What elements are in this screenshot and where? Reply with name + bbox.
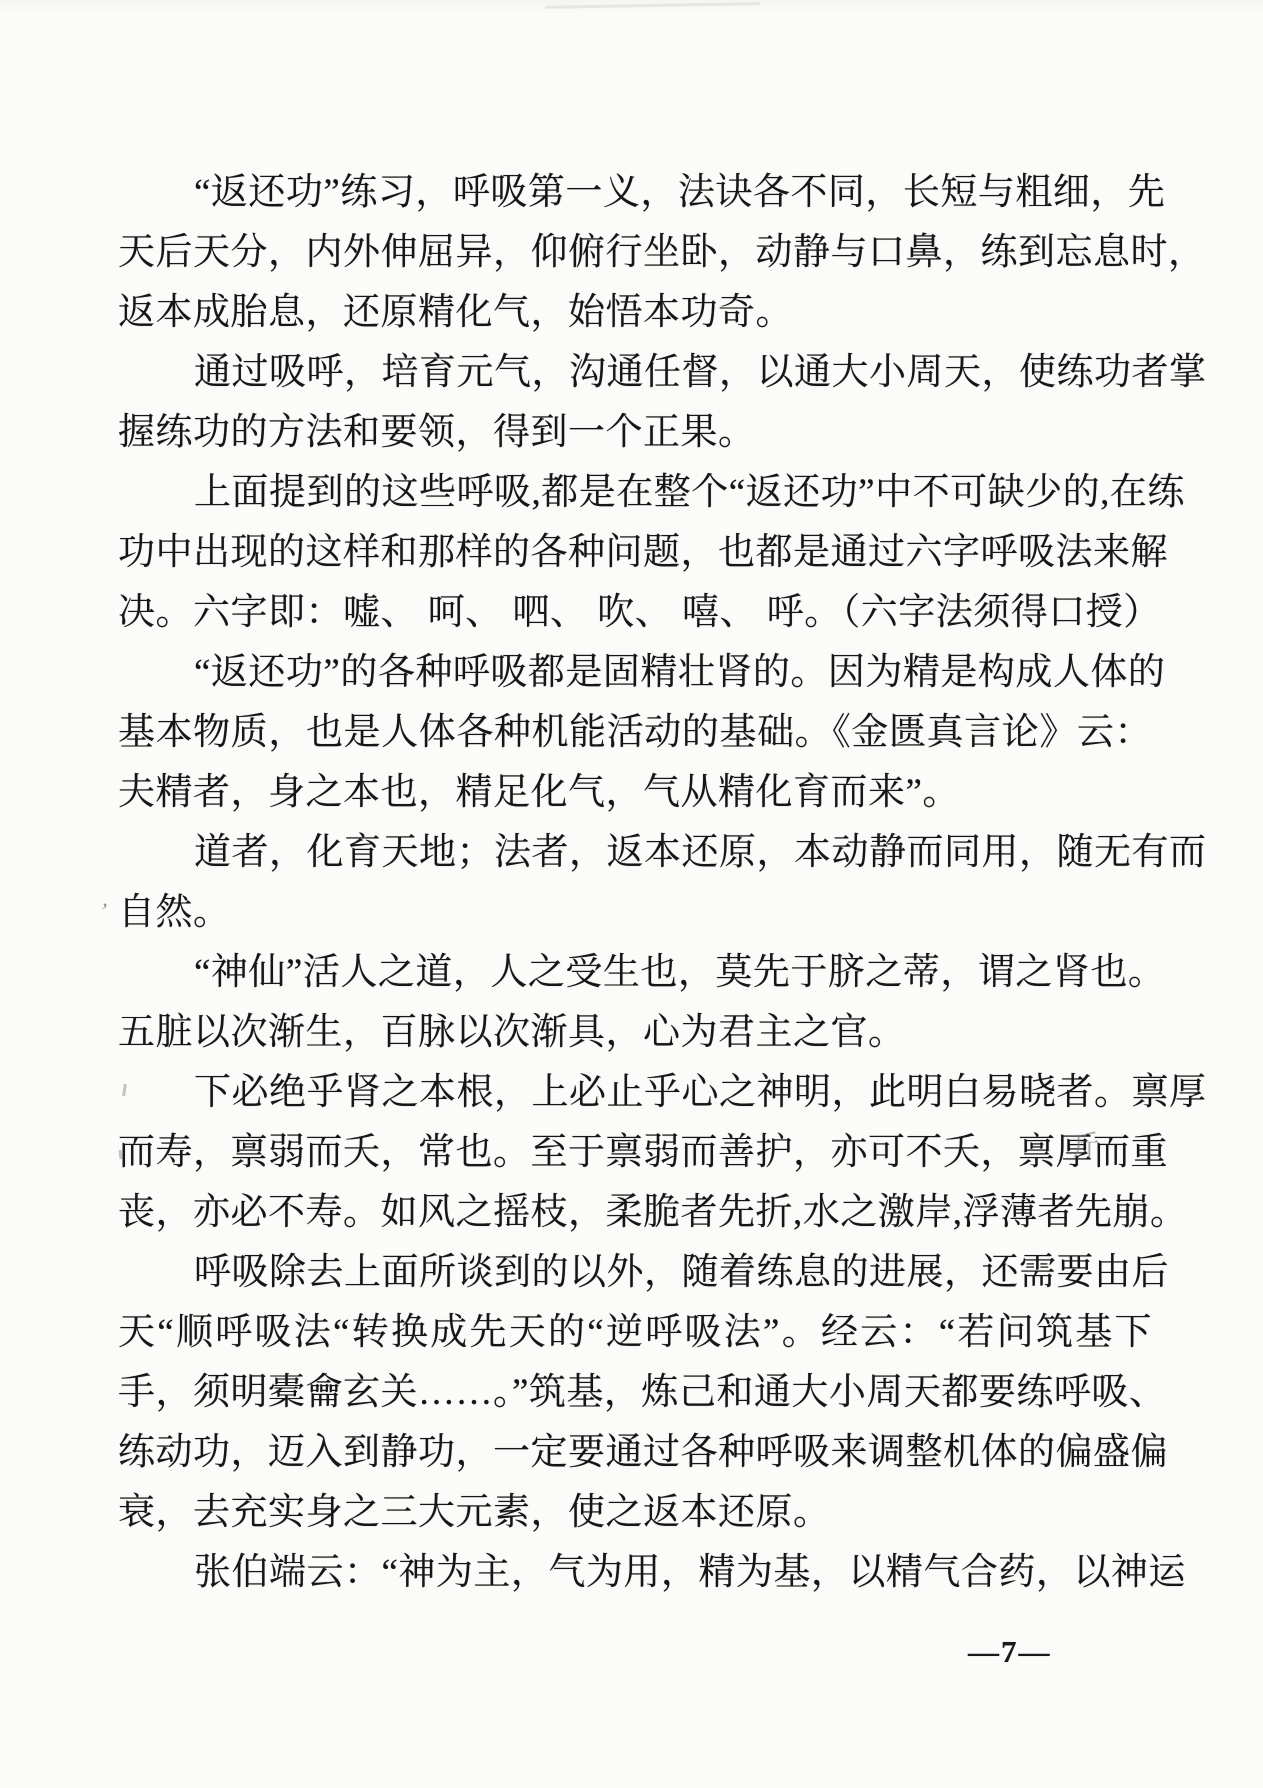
text-line: 道者，化育天地；法者，返本还原，本动静而同用，随无有而: [118, 823, 1152, 883]
text-line: 天后天分，内外伸屈异，仰俯行坐卧，动静与口鼻，练到忘息时，: [118, 223, 1152, 283]
text-line: 上面提到的这些呼吸,都是在整个“返还功”中不可缺少的,在练: [118, 463, 1152, 523]
scanned-document-page: “返还功”练习，呼吸第一义，法诀各不同，长短与粗细，先 天后天分，内外伸屈异，仰…: [0, 0, 1263, 1788]
text-line: 自然。: [118, 883, 1152, 943]
scan-smudge: [545, 2, 760, 9]
text-line: 返本成胎息，还原精化气，始悟本功奇。: [118, 283, 1152, 343]
scan-artifact: ’: [97, 898, 110, 925]
text-line: 丧，亦必不寿。如风之摇枝，柔脆者先折,水之激岸,浮薄者先崩。: [118, 1183, 1152, 1243]
text-line: 五脏以次渐生，百脉以次渐具，心为君主之官。: [118, 1003, 1152, 1063]
text-line: 通过吸呼，培育元气，沟通任督，以通大小周天，使练功者掌: [118, 343, 1152, 403]
text-line: 夫精者，身之本也，精足化气，气从精化育而来”。: [118, 763, 1152, 823]
text-line: 练动功，迈入到静功，一定要通过各种呼吸来调整机体的偏盛偏: [118, 1423, 1152, 1483]
text-line: “神仙”活人之道，人之受生也，莫先于脐之蒂，谓之肾也。: [118, 943, 1152, 1003]
text-block: “返还功”练习，呼吸第一义，法诀各不同，长短与粗细，先 天后天分，内外伸屈异，仰…: [118, 163, 1152, 1603]
text-line: “返还功”练习，呼吸第一义，法诀各不同，长短与粗细，先: [118, 163, 1152, 223]
text-line: 张伯端云：“神为主，气为用，精为基，以精气合药，以神运: [118, 1543, 1152, 1603]
text-line: 决。六字即：嘘、 呵、 呬、 吹、 嘻、 呼。（六字法须得口授）: [118, 583, 1152, 643]
text-line: 基本物质，也是人体各种机能活动的基础。《金匮真言论》云：: [118, 703, 1152, 763]
text-line: 呼吸除去上面所谈到的以外，随着练息的进展，还需要由后: [118, 1243, 1152, 1303]
text-line: 衰，去充实身之三大元素，使之返本还原。: [118, 1483, 1152, 1543]
text-line: 天“顺呼吸法“转换成先天的“逆呼吸法”。经云：“若问筑基下: [118, 1303, 1152, 1363]
text-line: 手，须明橐龠玄关……。”筑基，炼己和通大小周天都要练呼吸、: [118, 1363, 1152, 1423]
page-number: —7—: [968, 1634, 1052, 1670]
text-line: 而寿，禀弱而夭，常也。至于禀弱而善护，亦可不夭，禀厚而重: [118, 1123, 1152, 1183]
text-line: 下必绝乎肾之本根，上必止乎心之神明，此明白易晓者。禀厚: [118, 1063, 1152, 1123]
text-line: “返还功”的各种呼吸都是固精壮肾的。因为精是构成人体的: [118, 643, 1152, 703]
text-line: 握练功的方法和要领，得到一个正果。: [118, 403, 1152, 463]
text-line: 功中出现的这样和那样的各种问题，也都是通过六字呼吸法来解: [118, 523, 1152, 583]
